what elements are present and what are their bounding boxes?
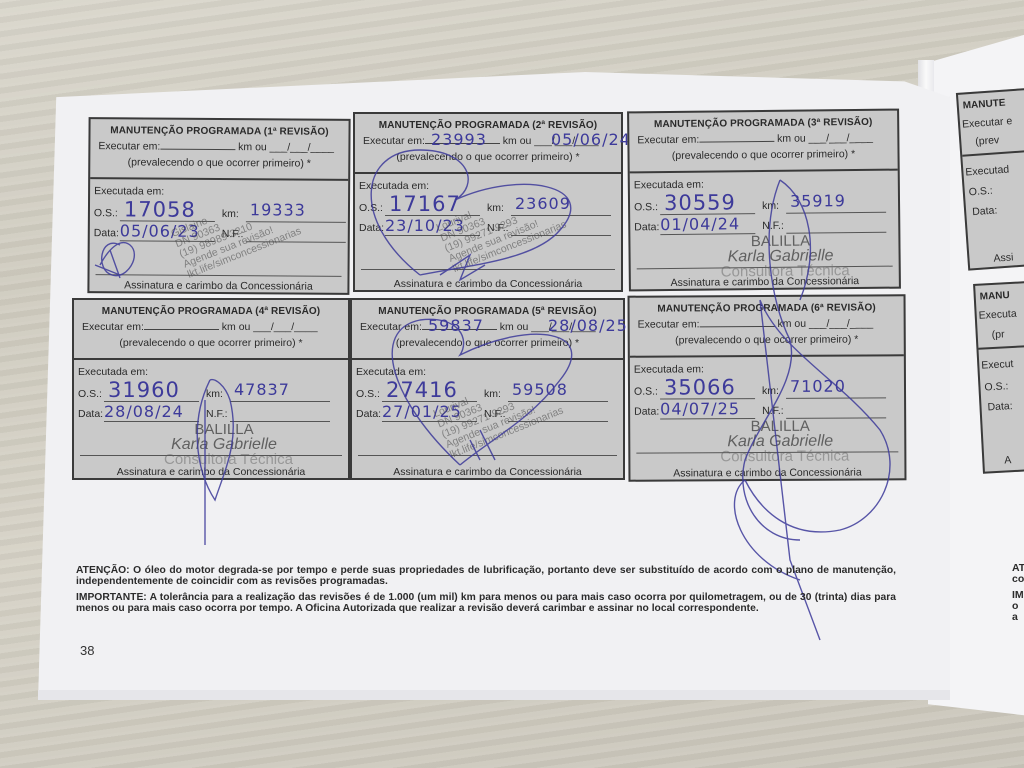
right-page-card-1: MANUTE Executar e (prev Executad O.S.: D… (956, 87, 1024, 270)
card-title: MANUTENÇÃO PROGRAMADA (5ª REVISÃO) (352, 300, 623, 317)
important-label: IMPORTANTE: (76, 592, 147, 603)
execute-at-label: Executar em: (98, 140, 160, 152)
os-value: 31960 (108, 378, 180, 402)
important-text: A tolerância para a realização das revis… (76, 592, 896, 614)
km-label: km: (762, 200, 779, 212)
os-value: 35066 (664, 375, 736, 399)
card-label: Executa (978, 308, 1017, 322)
os-value: 17058 (124, 197, 196, 222)
scheduled-km-value: 59837 (428, 316, 484, 335)
attention-text: O óleo do motor degrada-se por tempo e p… (76, 565, 896, 587)
scheduled-section: MANUTENÇÃO PROGRAMADA (5ª REVISÃO) Execu… (352, 300, 623, 360)
card-title: MANUTENÇÃO PROGRAMADA (3ª REVISÃO) (629, 111, 897, 131)
executed-section: Executada em: O.S.: km: Data: N.F.: Assi… (74, 360, 348, 480)
execute-at-line: Executar em: km ou ___/___/____ (630, 313, 904, 330)
scheduled-km-value: 23993 (431, 130, 487, 149)
nf-label: N.F.: (206, 408, 228, 420)
card-label: Data: (972, 204, 998, 218)
scheduled-section: MANUTENÇÃO PROGRAMADA (1ª REVISÃO) Execu… (90, 119, 348, 181)
km-or-label: km ou (238, 141, 267, 153)
card-title: MANUTENÇÃO PROGRAMADA (4ª REVISÃO) (74, 300, 348, 317)
executed-section: Executada em: O.S.: km: Data: N.F.: Assi… (352, 360, 623, 480)
km-value: 47837 (234, 380, 290, 399)
card-label: Executad (965, 163, 1010, 178)
card-title: MANUTENÇÃO PROGRAMADA (6ª REVISÃO) (630, 296, 904, 314)
right-page-card-2: MANU Executa (pr Execut O.S.: Data: A (973, 280, 1024, 473)
stamp-text: BALILLAKarla GabrielleConsultora Técnica (720, 419, 840, 465)
km-label: km: (762, 385, 779, 397)
executed-at-label: Executada em: (356, 366, 426, 378)
km-or-label: km ou (503, 135, 532, 147)
scheduled-section: MANUTENÇÃO PROGRAMADA (4ª REVISÃO) Execu… (74, 300, 348, 360)
execute-at-label: Executar em: (360, 321, 422, 333)
date-label: Data: (634, 406, 659, 418)
signature-label: Assinatura e carimbo da Concessionária (630, 466, 904, 479)
executed-section: Executada em: O.S.: km: Data: N.F.: Assi… (355, 174, 621, 292)
date-label: Data: (78, 408, 103, 420)
card-label: (pr (991, 328, 1004, 341)
executed-at-label: Executada em: (94, 185, 164, 197)
maintenance-card-3: MANUTENÇÃO PROGRAMADA (3ª REVISÃO) Execu… (627, 109, 901, 292)
maintenance-card-4: MANUTENÇÃO PROGRAMADA (4ª REVISÃO) Execu… (72, 298, 350, 480)
os-label: O.S.: (356, 388, 380, 400)
attention-label: ATENÇÃO: (76, 565, 130, 576)
executed-section: Executada em: O.S.: km: Data: N.F.: Assi… (630, 356, 905, 481)
attention-note: ATENÇÃO: O óleo do motor degrada-se por … (76, 565, 896, 587)
prevalence-note: (prevalecendo o que ocorrer primeiro) * (352, 333, 623, 349)
os-label: O.S.: (78, 388, 102, 400)
km-or-label: km ou (222, 321, 251, 333)
signature-label: Assinatura e carimbo da Concessionária (355, 278, 621, 290)
signature-label: Assinatura e carimbo da Concessionária (89, 279, 347, 293)
date-value: 04/07/25 (660, 399, 740, 418)
km-label: km: (206, 388, 223, 400)
scheduled-section: MANUTENÇÃO PROGRAMADA (2ª REVISÃO) Execu… (355, 114, 621, 174)
card-title: MANUTENÇÃO PROGRAMADA (1ª REVISÃO) (90, 119, 348, 138)
execute-at-label: Executar em: (82, 321, 144, 333)
nf-label: N.F.: (762, 220, 784, 232)
card-title: MANU (979, 290, 1010, 303)
card-title: MANUTENÇÃO PROGRAMADA (2ª REVISÃO) (355, 114, 621, 131)
card-label: A (1004, 454, 1012, 466)
card-label: Execut (981, 358, 1014, 372)
execute-at-line: Executar em: km ou ___/___/____ (629, 128, 897, 147)
os-label: O.S.: (634, 201, 658, 213)
execute-at-label: Executar em: (637, 134, 699, 147)
date-value: 28/08/24 (104, 402, 184, 421)
prevalence-note: (prevalecendo o que ocorrer primeiro) * (90, 152, 348, 170)
executed-at-label: Executada em: (634, 179, 704, 192)
os-label: O.S.: (94, 207, 118, 219)
scheduled-section: MANUTENÇÃO PROGRAMADA (6ª REVISÃO) Execu… (630, 296, 904, 357)
right-page-notes: AT co IM o a (1012, 563, 1024, 623)
scheduled-date-value: 28/08/25 (548, 316, 628, 335)
prevalence-note: (prevalecendo o que ocorrer primeiro) * (355, 147, 621, 163)
stamp-text: BALILLAKarla GabrielleConsultora Técnica (720, 233, 840, 279)
card-label: Data: (987, 400, 1013, 413)
os-label: O.S.: (634, 386, 658, 398)
stamp-text: BALILLAKarla GabrielleConsultora Técnica (164, 422, 284, 467)
maintenance-card-5: MANUTENÇÃO PROGRAMADA (5ª REVISÃO) Execu… (350, 298, 625, 480)
execute-at-line: Executar em: km ou ___/___/____ (90, 136, 348, 154)
scheduled-date-value: 05/06/24 (551, 130, 631, 149)
date-label: Data: (94, 227, 119, 239)
card-label: (prev (975, 134, 1000, 148)
date-label: Data: (634, 221, 659, 233)
prevalence-note: (prevalecendo o que ocorrer primeiro) * (74, 333, 348, 349)
scheduled-section: MANUTENÇÃO PROGRAMADA (3ª REVISÃO) Execu… (629, 111, 898, 174)
executed-at-label: Executada em: (359, 180, 429, 192)
signature-label: Assinatura e carimbo da Concessionária (352, 466, 623, 478)
execute-at-line: Executar em: km ou ___/___/____ (74, 317, 348, 333)
date-label: Data: (359, 222, 384, 234)
card-label: Assi (993, 251, 1014, 264)
maintenance-card-6: MANUTENÇÃO PROGRAMADA (6ª REVISÃO) Execu… (628, 294, 907, 481)
note-fragment: a (1012, 612, 1024, 623)
date-blanks: ___/___/____ (809, 317, 873, 329)
card-title: MANUTE (962, 98, 1005, 112)
notes-section: ATENÇÃO: O óleo do motor degrada-se por … (76, 565, 896, 619)
os-value: 17167 (389, 192, 461, 216)
date-blanks: ___/___/____ (809, 132, 873, 145)
maintenance-card-2: MANUTENÇÃO PROGRAMADA (2ª REVISÃO) Execu… (353, 112, 623, 292)
executed-at-label: Executada em: (634, 363, 704, 375)
important-note: IMPORTANTE: A tolerância para a realizaç… (76, 592, 896, 614)
date-blanks: ___/___/____ (253, 321, 317, 333)
date-label: Data: (356, 408, 381, 420)
prevalence-note: (prevalecendo o que ocorrer primeiro) * (629, 144, 897, 163)
os-label: O.S.: (359, 202, 383, 214)
km-value: 35919 (790, 191, 846, 211)
executed-section: Executada em: O.S.: km: Data: N.F.: Assi… (630, 171, 899, 292)
os-value: 27416 (386, 378, 458, 402)
maintenance-card-1: MANUTENÇÃO PROGRAMADA (1ª REVISÃO) Execu… (87, 117, 350, 295)
executed-at-label: Executada em: (78, 366, 148, 378)
date-blanks: ___/___/____ (270, 141, 334, 153)
card-label: Executar e (962, 115, 1013, 130)
km-or-label: km ou (500, 321, 529, 333)
km-or-label: km ou (777, 133, 806, 145)
note-fragment: co (1012, 574, 1024, 585)
os-value: 30559 (664, 190, 736, 215)
prevalence-note: (prevalecendo o que ocorrer primeiro) * (630, 329, 904, 346)
km-or-label: km ou (777, 318, 806, 330)
execute-at-label: Executar em: (363, 135, 425, 147)
nf-label: N.F.: (762, 405, 784, 417)
km-value: 71020 (790, 377, 846, 396)
card-label: O.S.: (984, 380, 1009, 393)
execute-at-label: Executar em: (638, 318, 700, 330)
card-label: O.S.: (968, 185, 993, 199)
date-value: 01/04/24 (660, 214, 740, 234)
page-stack-edge (38, 690, 950, 700)
page-number: 38 (80, 643, 94, 658)
executed-section: Executada em: O.S.: km: Data: N.F.: Assi… (89, 179, 348, 295)
